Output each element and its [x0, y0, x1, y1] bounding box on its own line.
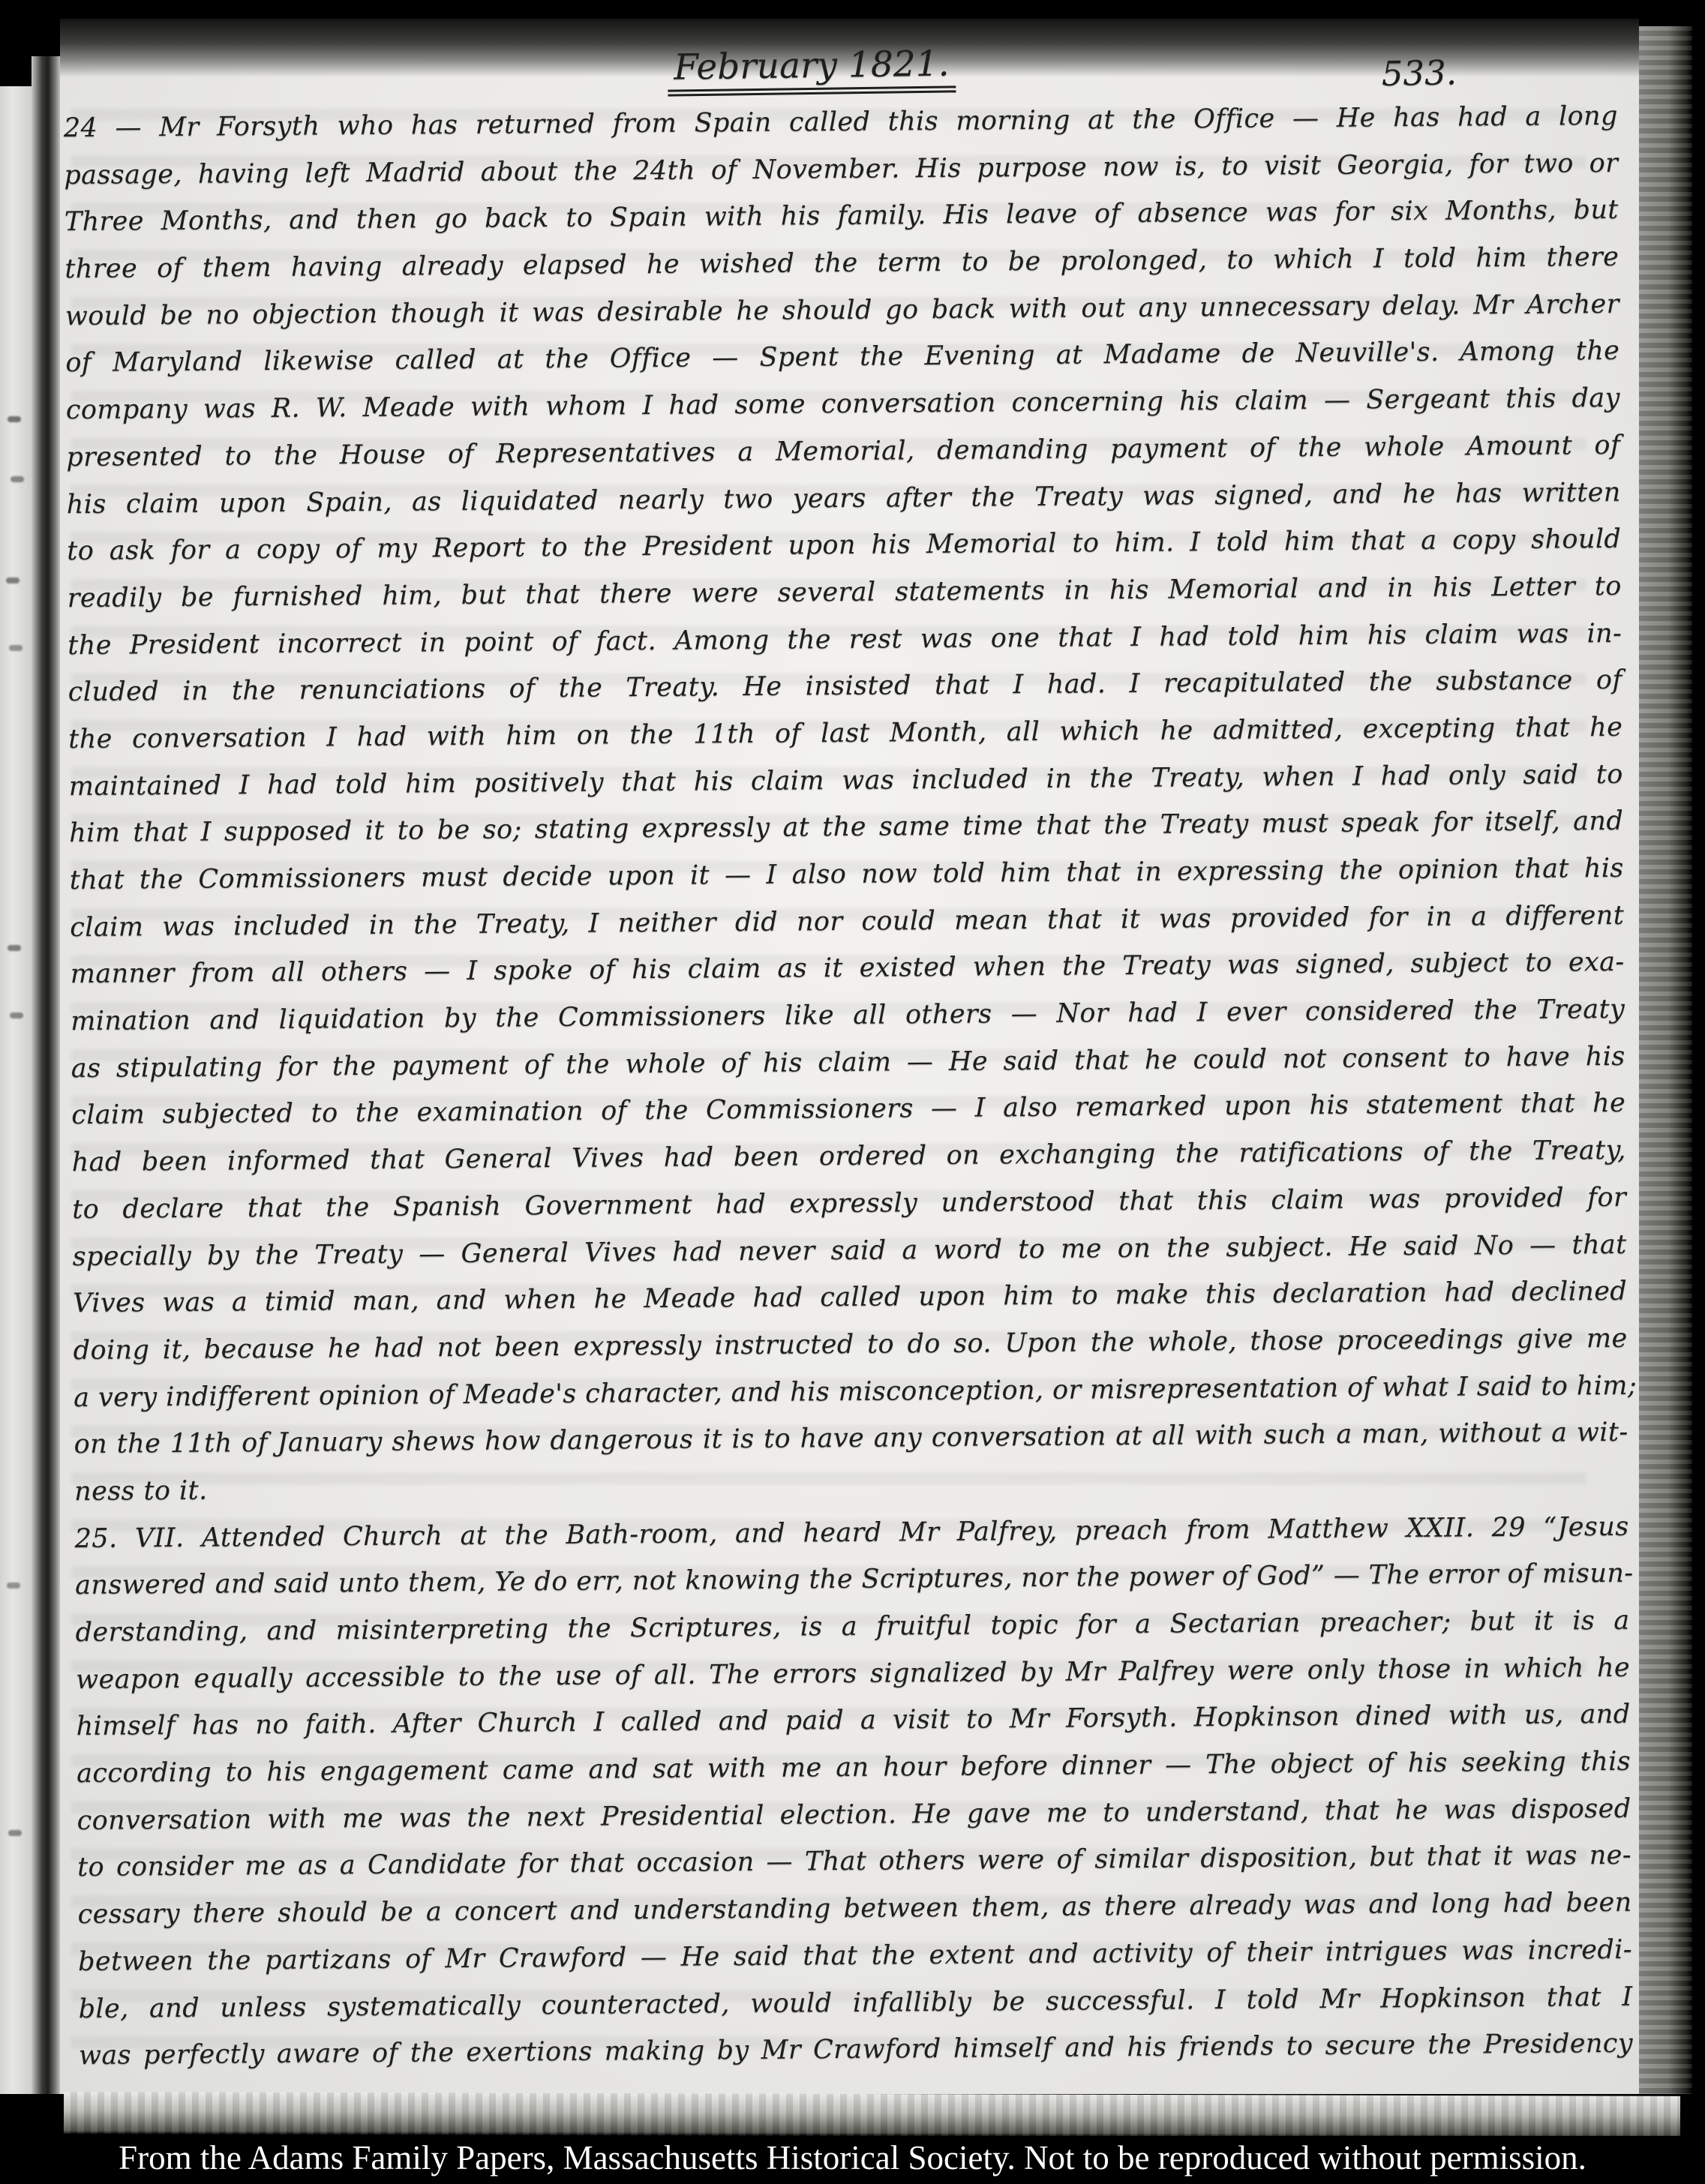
book-gutter [32, 56, 62, 2094]
attribution-text: From the Adams Family Papers, Massachuse… [0, 2137, 1705, 2178]
date-heading: February 1821. [668, 44, 956, 96]
adjacent-page-edge [0, 86, 32, 2094]
diary-text: 24 — Mr Forsyth who has returned from Sp… [64, 93, 1634, 2080]
ink-bleed-marks [6, 86, 20, 92]
page-bottom-edge [64, 2092, 1680, 2138]
attribution-bar: From the Adams Family Papers, Massachuse… [0, 2136, 1705, 2184]
scanned-book-photo: February 1821. 533. 24 — Mr Forsyth who … [0, 0, 1705, 2184]
page-number: 533. [1374, 55, 1465, 92]
page-right-edge [1639, 26, 1692, 2094]
